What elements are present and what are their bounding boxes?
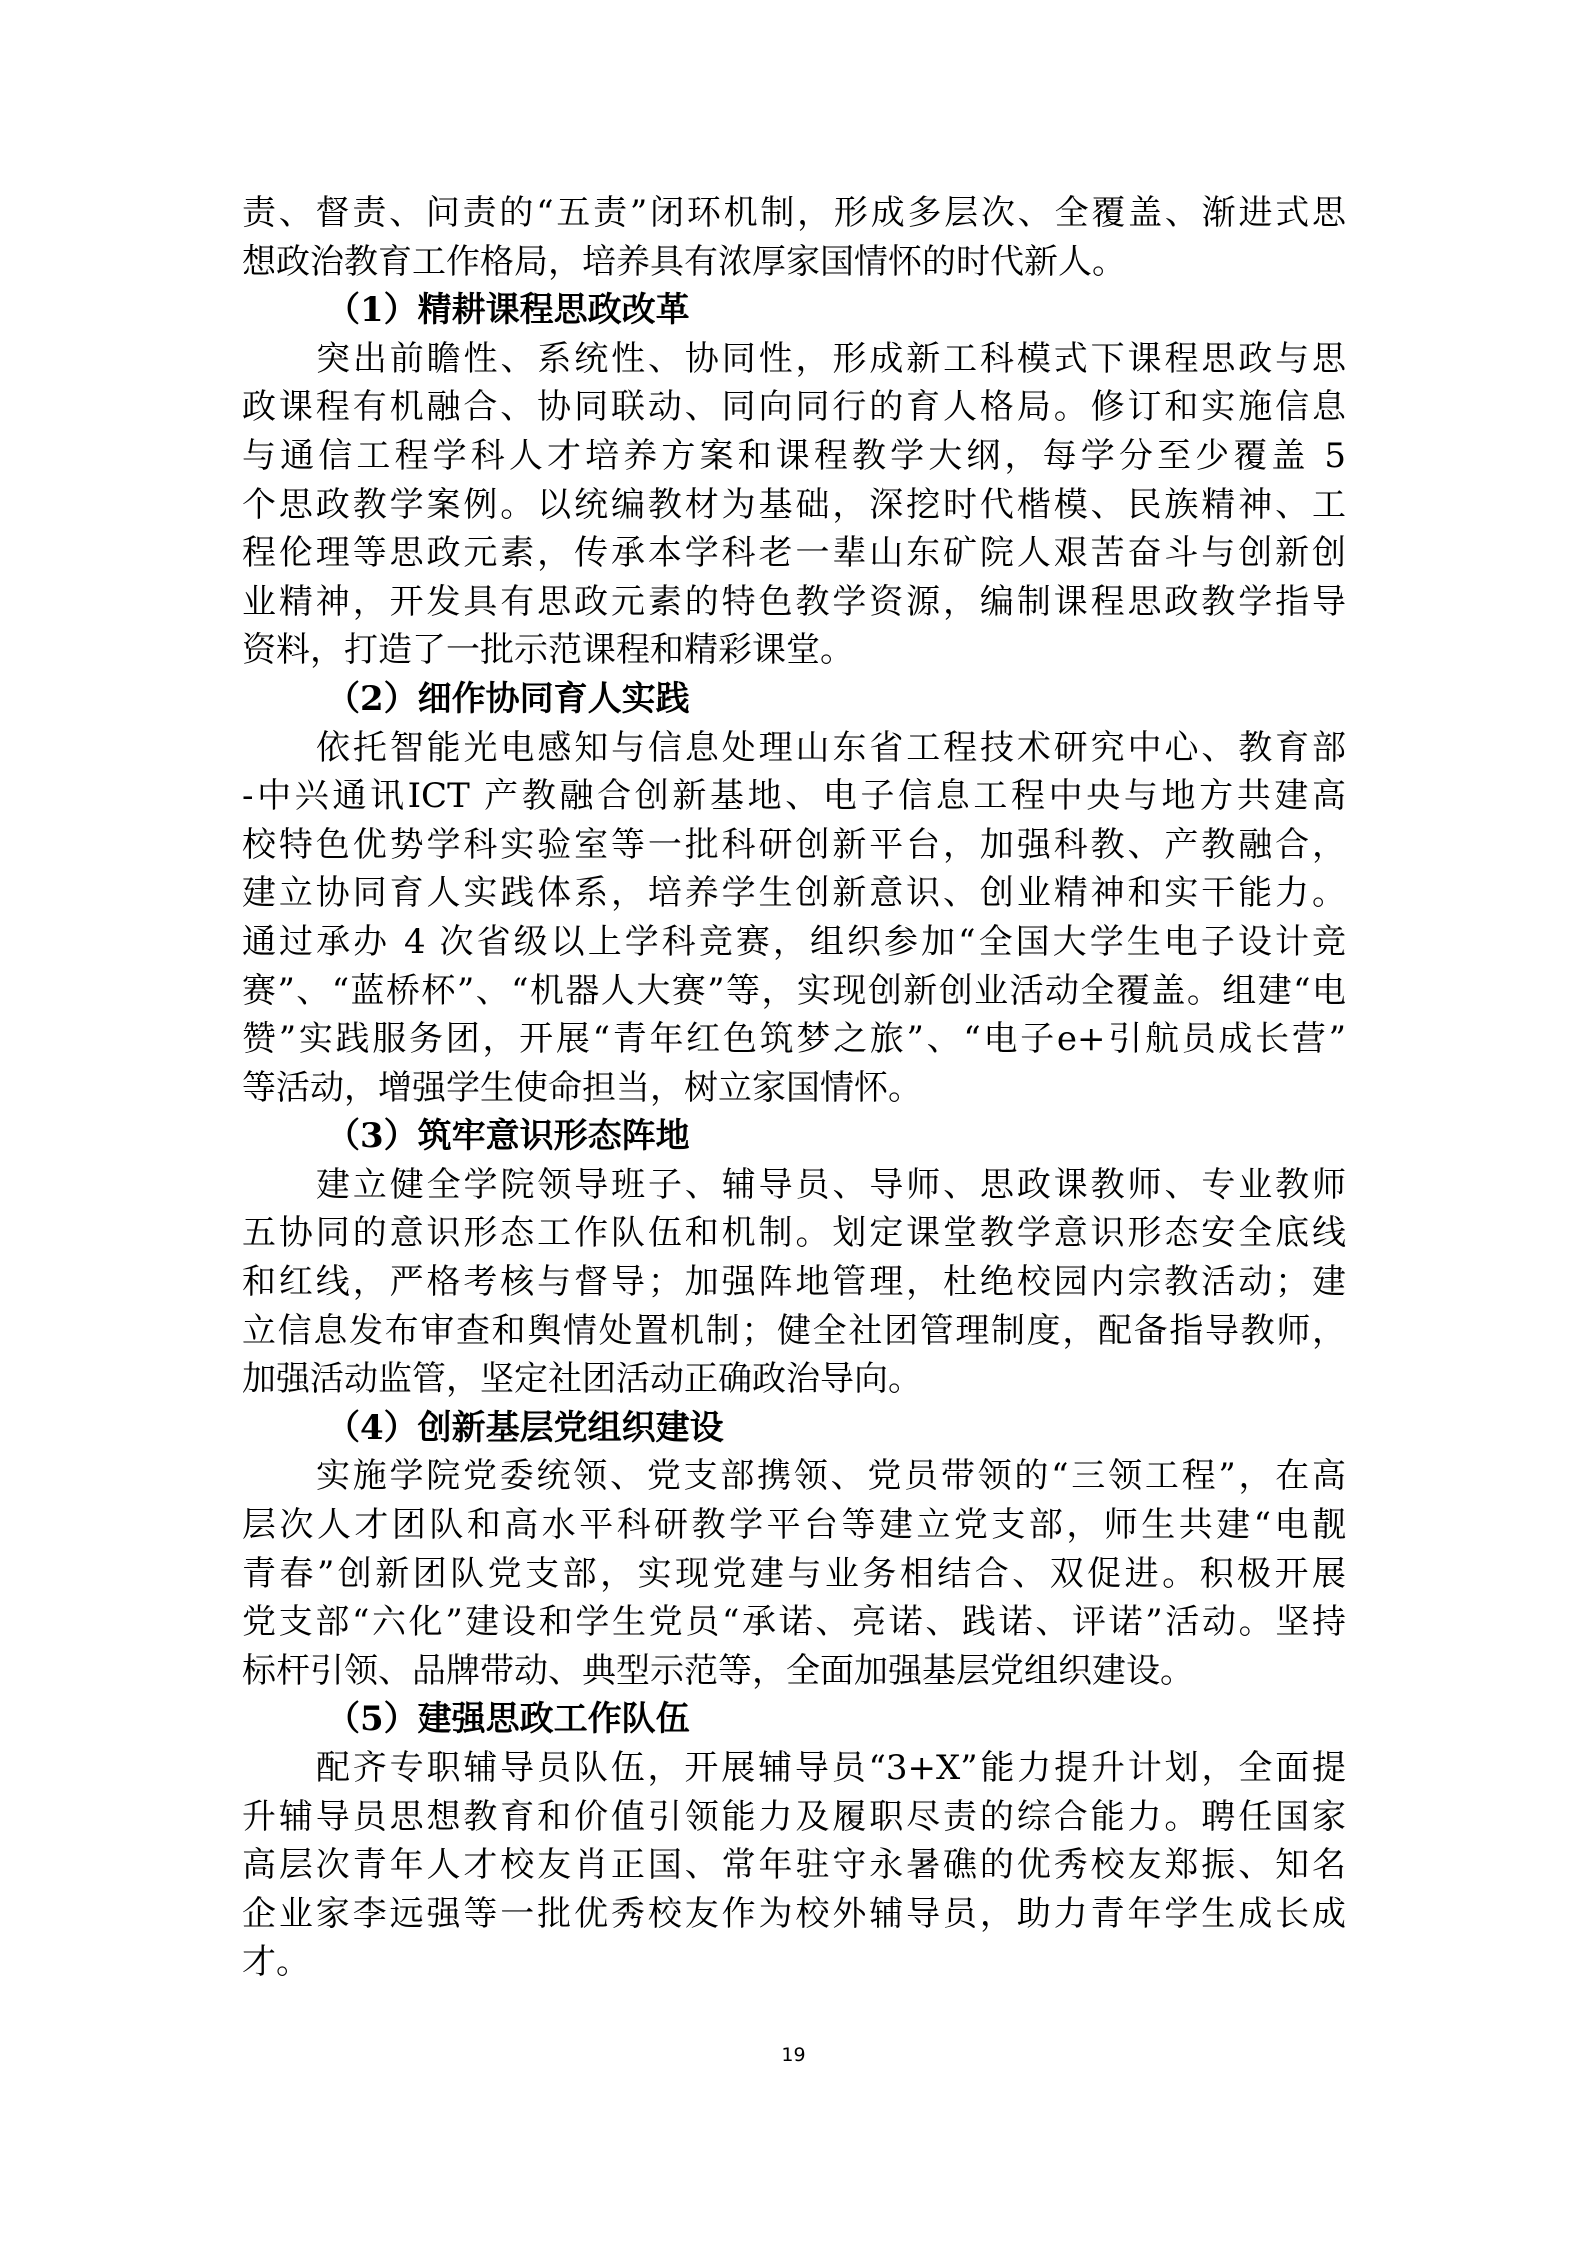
body-line: 资料，打造了一批示范课程和精彩课堂。 [242,626,1346,675]
body-line: 程伦理等思政元素，传承本学科老一辈山东矿院人艰苦奋斗与创新创 [242,529,1346,578]
body-line: 企业家李远强等一批优秀校友作为校外辅导员，助力青年学生成长成 [242,1890,1346,1939]
paragraph-first-line: 建立健全学院领导班子、辅导员、导师、思政课教师、专业教师 [242,1161,1346,1210]
section-heading: （1）精耕课程思政改革 [242,286,1346,335]
body-line: 建立协同育人实践体系，培养学生创新意识、创业精神和实干能力。 [242,869,1346,918]
body-line: 层次人才团队和高水平科研教学平台等建立党支部，师生共建“电靓 [242,1501,1346,1550]
body-line: 与通信工程学科人才培养方案和课程教学大纲，每学分至少覆盖 5 [242,432,1346,481]
body-line: 赛”、“蓝桥杯”、“机器人大赛”等，实现创新创业活动全覆盖。组建“电 [242,967,1346,1016]
body-line: 等活动，增强学生使命担当，树立家国情怀。 [242,1064,1346,1113]
body-line: 想政治教育工作格局，培养具有浓厚家国情怀的时代新人。 [242,238,1346,287]
paragraph-first-line: 实施学院党委统领、党支部携领、党员带领的“三领工程”，在高 [242,1452,1346,1501]
body-line: 青春”创新团队党支部，实现党建与业务相结合、双促进。积极开展 [242,1550,1346,1599]
body-line: 个思政教学案例。以统编教材为基础，深挖时代楷模、民族精神、工 [242,481,1346,530]
body-line: 升辅导员思想教育和价值引领能力及履职尽责的综合能力。聘任国家 [242,1793,1346,1842]
paragraph-first-line: 依托智能光电感知与信息处理山东省工程技术研究中心、教育部 [242,724,1346,773]
section-heading: （4）创新基层党组织建设 [242,1404,1346,1453]
body-line: 业精神，开发具有思政元素的特色教学资源，编制课程思政教学指导 [242,578,1346,627]
body-line: 责、督责、问责的“五责”闭环机制，形成多层次、全覆盖、渐进式思 [242,189,1346,238]
body-line: 才。 [242,1938,1346,1987]
body-line: 通过承办 4 次省级以上学科竞赛，组织参加“全国大学生电子设计竞 [242,918,1346,967]
body-line: 五协同的意识形态工作队伍和机制。划定课堂教学意识形态安全底线 [242,1209,1346,1258]
section-heading: （3）筑牢意识形态阵地 [242,1112,1346,1161]
section-heading: （5）建强思政工作队伍 [242,1695,1346,1744]
body-line: 赞”实践服务团，开展“青年红色筑梦之旅”、“电子e+引航员成长营” [242,1015,1346,1064]
body-text: 责、督责、问责的“五责”闭环机制，形成多层次、全覆盖、渐进式思想政治教育工作格局… [242,189,1346,1987]
body-line: 校特色优势学科实验室等一批科研创新平台，加强科教、产教融合， [242,821,1346,870]
page-number: 19 [0,2043,1587,2067]
body-line: 立信息发布审查和舆情处置机制；健全社团管理制度，配备指导教师， [242,1307,1346,1356]
body-line: 党支部“六化”建设和学生党员“承诺、亮诺、践诺、评诺”活动。坚持 [242,1598,1346,1647]
body-line: 政课程有机融合、协同联动、同向同行的育人格局。修订和实施信息 [242,383,1346,432]
body-line: 和红线，严格考核与督导；加强阵地管理，杜绝校园内宗教活动；建 [242,1258,1346,1307]
body-line: 标杆引领、品牌带动、典型示范等，全面加强基层党组织建设。 [242,1647,1346,1696]
body-line: 高层次青年人才校友肖正国、常年驻守永暑礁的优秀校友郑振、知名 [242,1841,1346,1890]
paragraph-first-line: 配齐专职辅导员队伍，开展辅导员“3+X”能力提升计划，全面提 [242,1744,1346,1793]
body-line: 加强活动监管，坚定社团活动正确政治导向。 [242,1355,1346,1404]
body-line: -中兴通讯ICT 产教融合创新基地、电子信息工程中央与地方共建高 [242,772,1346,821]
section-heading: （2）细作协同育人实践 [242,675,1346,724]
paragraph-first-line: 突出前瞻性、系统性、协同性，形成新工科模式下课程思政与思 [242,335,1346,384]
document-page: 责、督责、问责的“五责”闭环机制，形成多层次、全覆盖、渐进式思想政治教育工作格局… [0,0,1587,2245]
